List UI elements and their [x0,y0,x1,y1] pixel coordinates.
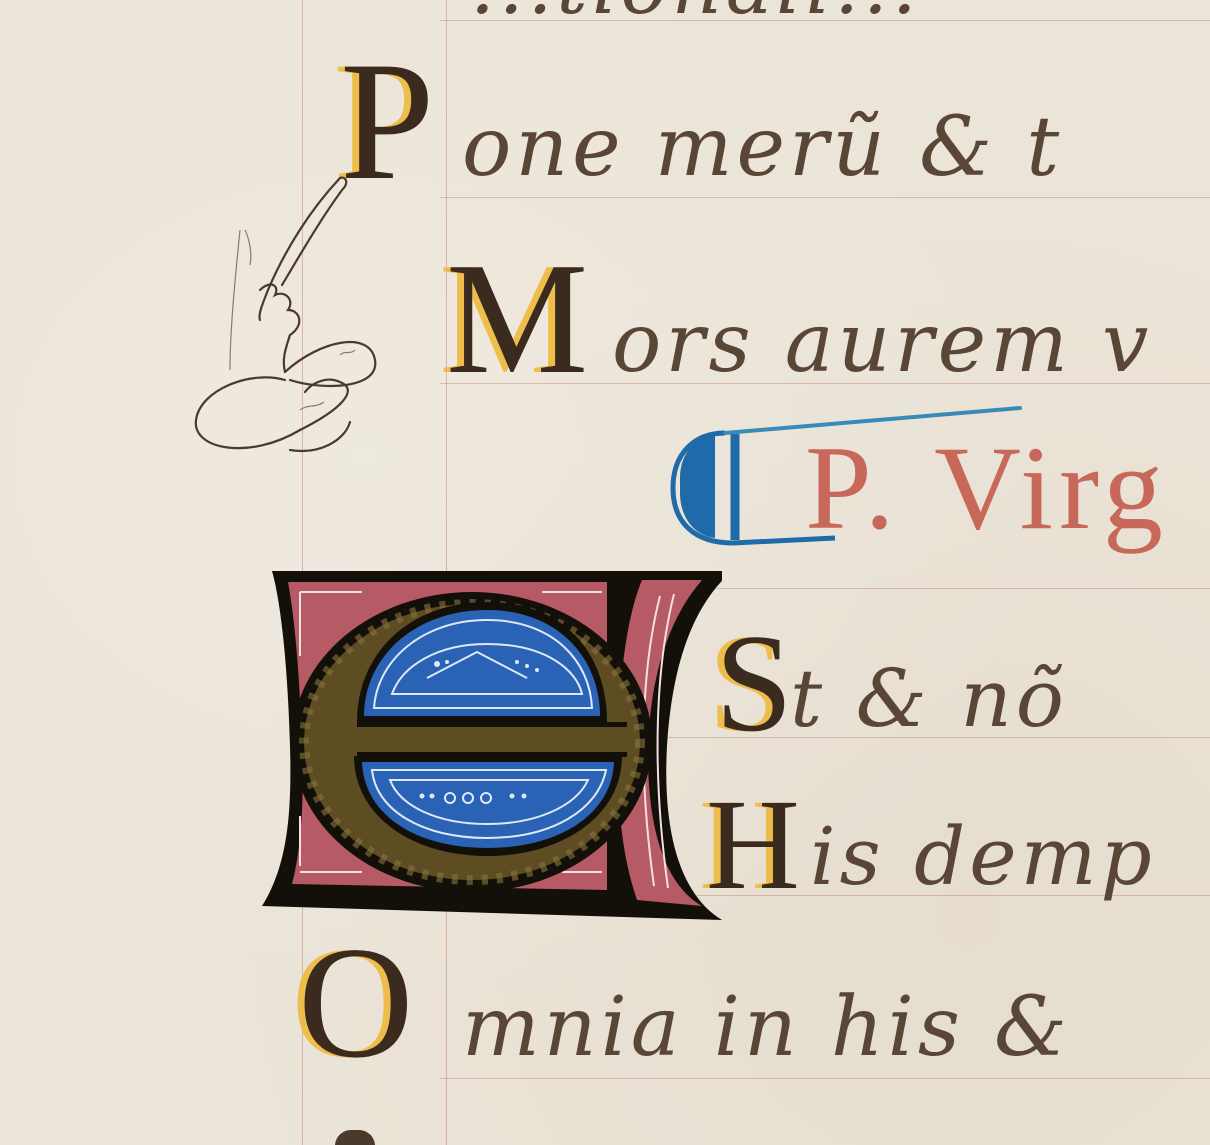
verse-line-5-text: mnia in his & [462,980,1071,1075]
capital-letter-h: H [706,780,800,910]
ruling-line [440,197,1210,198]
verse-line-1-text: one merũ & t [462,100,1063,195]
illuminated-initial-e [262,566,722,922]
capital-letter-m: M [446,238,588,398]
capital-letter-o: O [298,922,414,1082]
rubric-author-attribution: P. Virg [805,428,1169,548]
verse-line-2-text: ors aurem v [612,296,1152,391]
ruling-line [440,1078,1210,1079]
verse-line-4-text: is demp [810,810,1156,903]
verse-line-3-text: t & nõ [790,652,1068,745]
bottom-line-fragment [335,1130,375,1145]
capital-letter-s: S [715,614,793,754]
manuscript-page: ...tionali... P one merũ & t M ors aure… [0,0,1210,1145]
manicule-pointing-hand-icon [190,160,390,470]
verse-line-fragment-top: ...tionali... [470,0,921,32]
